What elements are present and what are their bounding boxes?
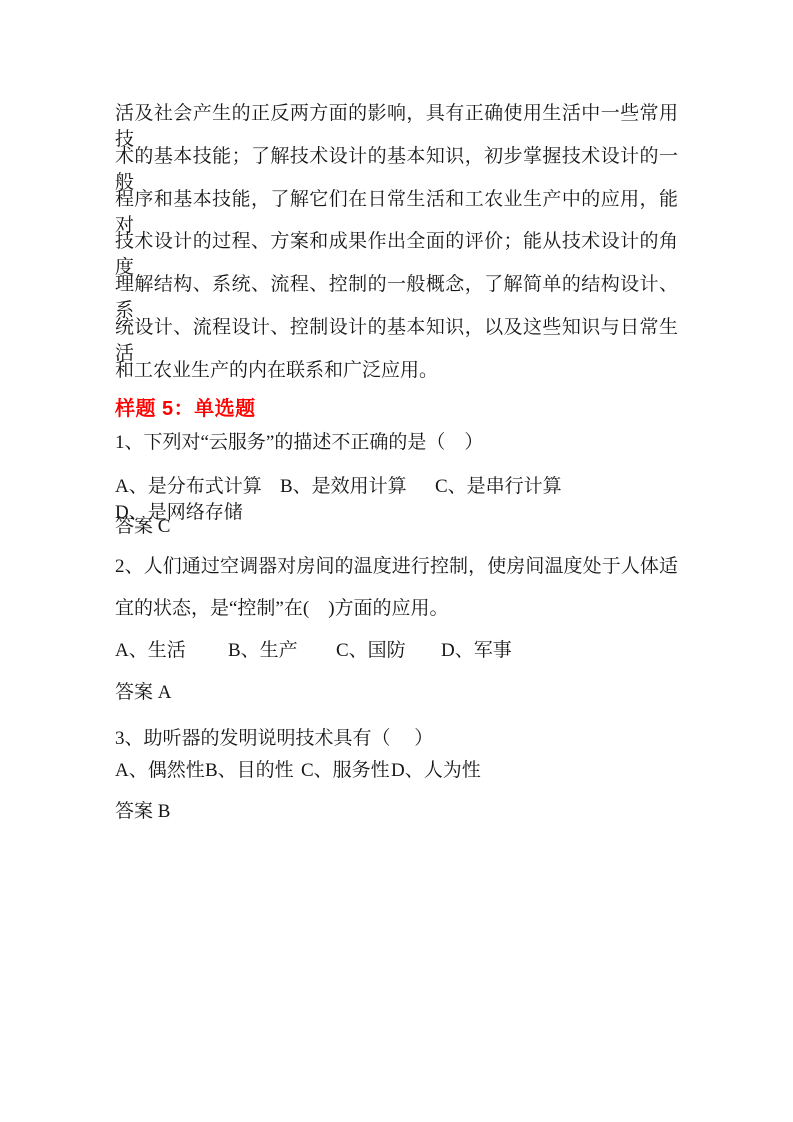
question-2-option-d: D、军事 bbox=[441, 638, 512, 664]
question-1-answer: 答案 C bbox=[115, 514, 678, 540]
paragraph-line-7: 和工农业生产的内在联系和广泛应用。 bbox=[115, 358, 678, 384]
sample-section-heading: 样题 5：单选题 bbox=[115, 396, 678, 422]
question-3-option-d: D、人为性 bbox=[391, 758, 481, 784]
question-2-option-c: C、国防 bbox=[336, 638, 441, 664]
question-2-answer: 答案 A bbox=[115, 680, 678, 706]
question-1-option-c: C、是串行计算 bbox=[435, 474, 587, 500]
question-2-stem-line-1: 2、人们通过空调器对房间的温度进行控制，使房间温度处于人体适 bbox=[115, 554, 678, 580]
question-3-options: A、偶然性B、目的性C、服务性D、人为性 bbox=[115, 758, 678, 784]
question-2-options: A、生活B、生产C、国防D、军事 bbox=[115, 638, 678, 664]
question-3-option-a: A、偶然性 bbox=[115, 758, 205, 784]
question-3-option-c: C、服务性 bbox=[301, 758, 391, 784]
document-page: 活及社会产生的正反两方面的影响，具有正确使用生活中一些常用技 术的基本技能；了解… bbox=[0, 0, 793, 1122]
question-2-option-b: B、生产 bbox=[228, 638, 336, 664]
question-1-option-a: A、是分布式计算 bbox=[115, 474, 280, 500]
question-1-option-b: B、是效用计算 bbox=[280, 474, 435, 500]
question-3-answer: 答案 B bbox=[115, 799, 678, 825]
question-3-stem: 3、助听器的发明说明技术具有（ ） bbox=[115, 726, 678, 752]
question-2-option-a: A、生活 bbox=[115, 638, 228, 664]
question-1-stem: 1、下列对“云服务”的描述不正确的是（ ） bbox=[115, 430, 678, 456]
question-3-option-b: B、目的性 bbox=[205, 758, 301, 784]
question-2-stem-line-2: 宜的状态，是“控制”在( )方面的应用。 bbox=[115, 596, 678, 622]
